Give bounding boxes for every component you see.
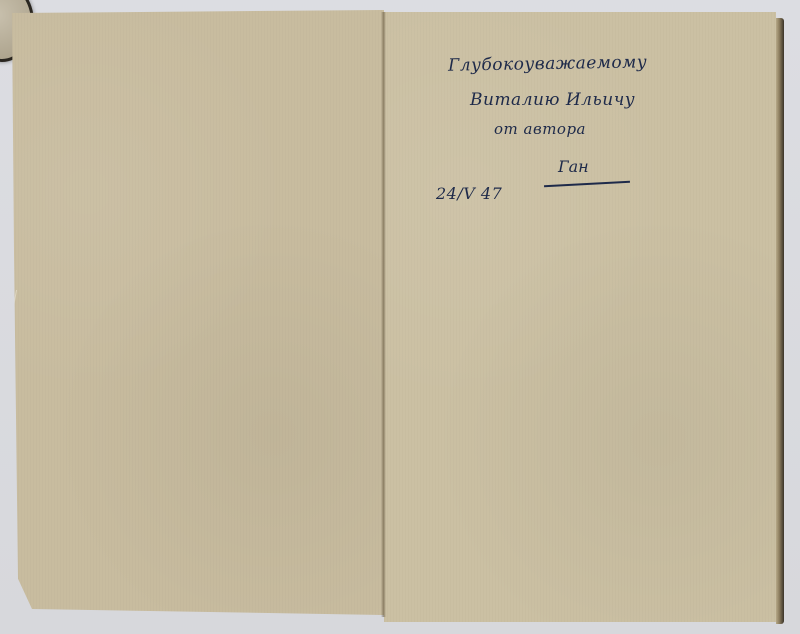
inscription-date: 24/V 47 — [436, 184, 502, 203]
page-fold-crease — [0, 290, 127, 620]
book-spine-gutter — [381, 12, 386, 617]
signature-text: Ган — [558, 157, 589, 176]
page-block-edge — [776, 18, 784, 624]
left-page — [12, 10, 384, 615]
author-signature: Ган — [544, 155, 632, 185]
inscription-line-dedication: Глубокоуважаемому — [448, 52, 647, 75]
open-book: Глубокоуважаемому Виталию Ильичу от авто… — [0, 0, 800, 634]
inscription-line-from-author: от автора — [494, 120, 586, 138]
inscription-line-recipient: Виталию Ильичу — [470, 90, 635, 110]
